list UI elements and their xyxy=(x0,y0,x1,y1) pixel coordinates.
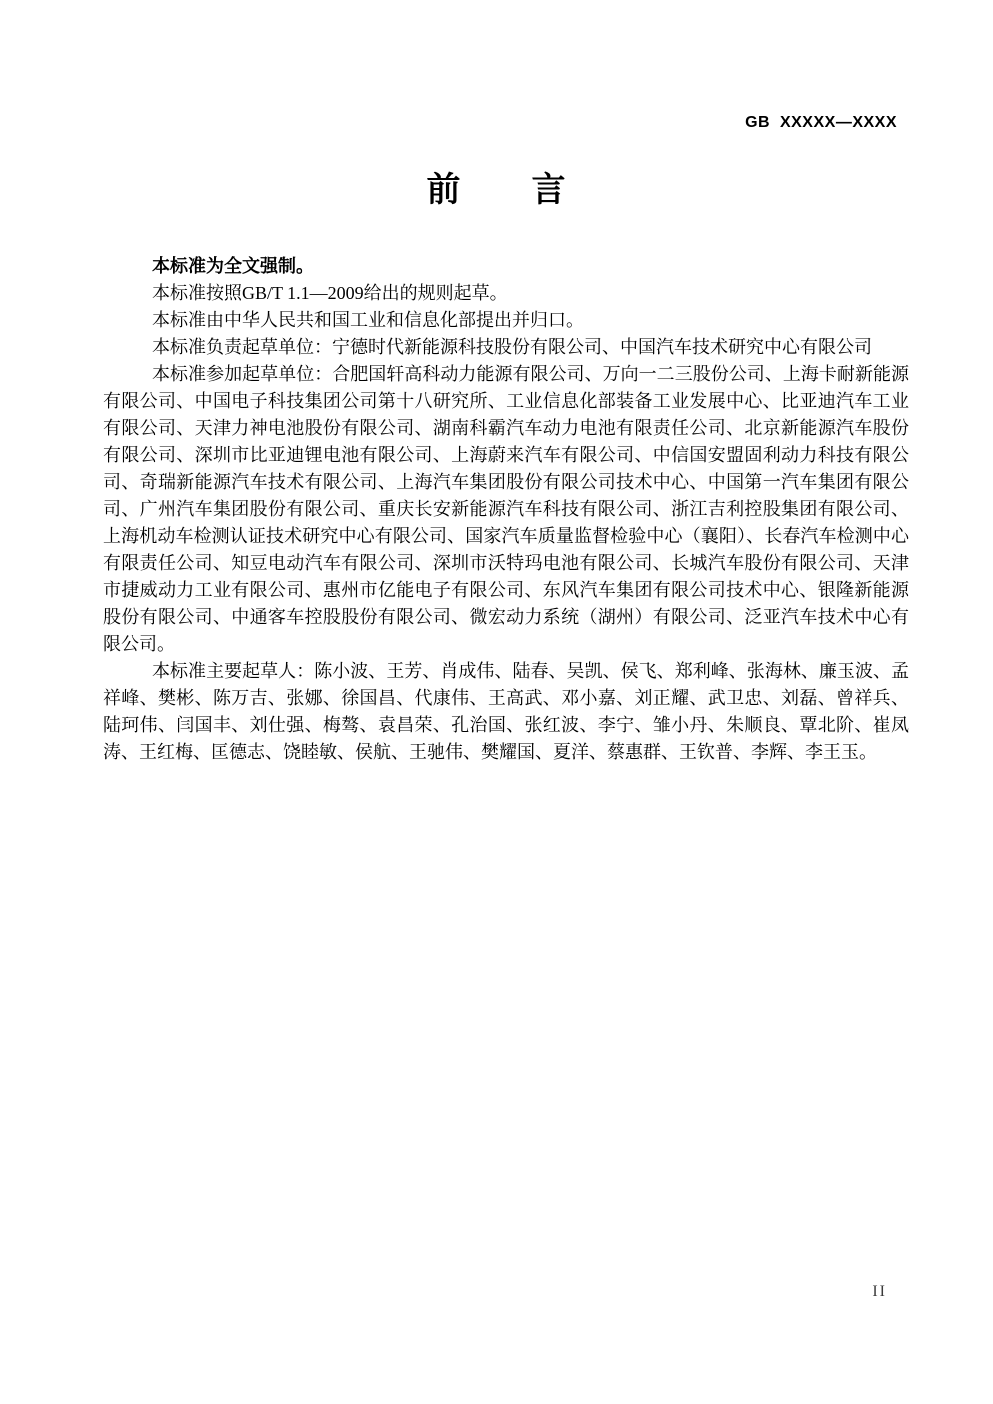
paragraph-mandatory-statement: 本标准为全文强制。 xyxy=(103,253,909,280)
page-number: II xyxy=(872,1283,887,1301)
paragraph-drafting-rules: 本标准按照GB/T 1.1—2009给出的规则起草。 xyxy=(103,280,909,307)
paragraph-main-drafters: 本标准主要起草人：陈小波、王芳、肖成伟、陆春、吴凯、侯飞、郑利峰、张海林、廉玉波… xyxy=(103,658,909,766)
paragraph-proposed-by: 本标准由中华人民共和国工业和信息化部提出并归口。 xyxy=(103,307,909,334)
standard-number-header: GB XXXXX—XXXX xyxy=(745,114,897,132)
document-page: GB XXXXX—XXXX 前 言 本标准为全文强制。 本标准按照GB/T 1.… xyxy=(0,0,993,1404)
paragraph-participating-organizations: 本标准参加起草单位：合肥国轩高科动力能源有限公司、万向一二三股份公司、上海卡耐新… xyxy=(103,361,909,658)
foreword-body: 本标准为全文强制。 本标准按照GB/T 1.1—2009给出的规则起草。 本标准… xyxy=(103,253,909,766)
paragraph-chief-drafting-organizations: 本标准负责起草单位：宁德时代新能源科技股份有限公司、中国汽车技术研究中心有限公司 xyxy=(103,334,909,361)
page-title: 前 言 xyxy=(0,162,993,211)
